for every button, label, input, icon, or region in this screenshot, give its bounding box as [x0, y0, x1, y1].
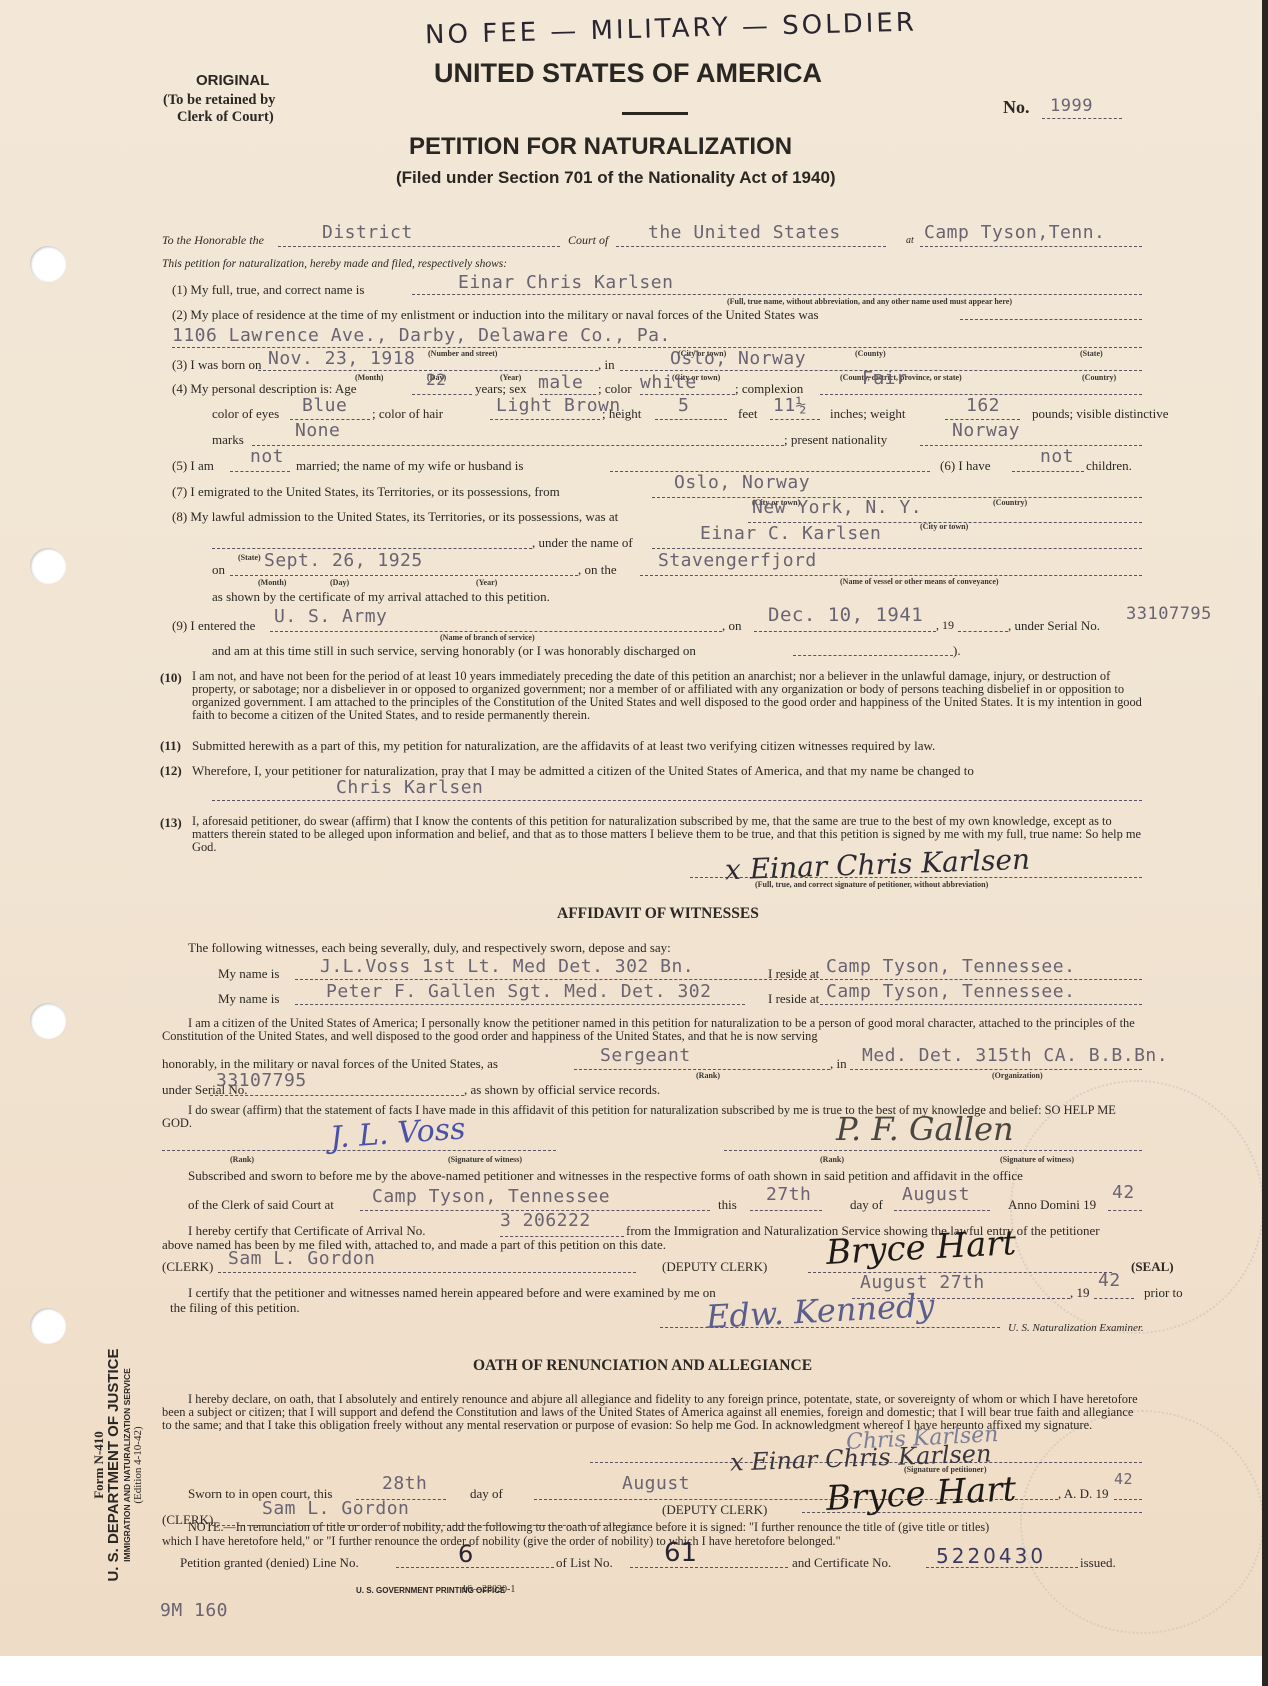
clerk-name: Sam L. Gordon — [228, 1248, 375, 1269]
court-type: District — [322, 222, 413, 243]
document-subtitle: (Filed under Section 701 of the National… — [396, 168, 836, 188]
statement-12: Wherefore, I, your petitioner for natura… — [192, 763, 974, 779]
service-branch: U. S. Army — [274, 606, 387, 627]
witness1-name: J.L.Voss 1st Lt. Med Det. 302 Bn. — [320, 956, 694, 977]
deputy-clerk-signature: Bryce Hart — [825, 1223, 1017, 1273]
punch-hole — [30, 246, 66, 282]
punch-hole — [30, 548, 66, 584]
sworn-month: August — [902, 1184, 970, 1205]
document-page: NO FEE — MILITARY — SOLDIER ORIGINAL (To… — [0, 0, 1262, 1656]
examiner-signature: Edw. Kennedy — [705, 1286, 935, 1336]
enlistment-date: Dec. 10, 1941 — [768, 604, 923, 626]
country-title: UNITED STATES OF AMERICA — [434, 58, 822, 89]
print-code: 16—28020-1 — [462, 1584, 515, 1595]
height-inches: 11½ — [773, 395, 807, 416]
witness2-signature: P. F. Gallen — [836, 1110, 1014, 1148]
arrival-date: Sept. 26, 1925 — [264, 550, 423, 571]
witness-rank: Sergeant — [600, 1045, 691, 1066]
sworn-day: 27th — [766, 1184, 811, 1205]
birth-date: Nov. 23, 1918 — [268, 348, 415, 369]
form-number: Form N-410 — [92, 1340, 106, 1590]
affidavit-title: AFFIDAVIT OF WITNESSES — [557, 905, 759, 923]
statement-11: Submitted herewith as a part of this, my… — [192, 738, 935, 754]
handwritten-note: NO FEE — MILITARY — SOLDIER — [425, 8, 917, 51]
weight: 162 — [966, 395, 1000, 416]
sworn-location: Camp Tyson, Tennessee — [372, 1186, 610, 1207]
punch-hole — [30, 1308, 66, 1344]
children-status: not — [1040, 446, 1074, 467]
nationality: Norway — [952, 420, 1020, 441]
emigrated-from: Oslo, Norway — [674, 472, 810, 493]
statement-10: I am not, and have not been for the peri… — [192, 670, 1142, 722]
oath-day: 28th — [382, 1473, 427, 1494]
page-edge — [1262, 0, 1268, 1686]
original-note: Clerk of Court) — [177, 109, 274, 126]
department-name: U. S. DEPARTMENT OF JUSTICE — [106, 1340, 122, 1590]
witness-serial: 33107795 — [216, 1070, 307, 1091]
arrival-certificate-no: 3 206222 — [500, 1210, 591, 1231]
distinctive-marks: None — [295, 420, 340, 441]
serial-number: 33107795 — [1126, 604, 1212, 624]
birth-place: Oslo, Norway — [670, 348, 806, 369]
organization: Med. Det. 315th CA. B.B.Bn. — [862, 1045, 1168, 1066]
number-label: No. — [1003, 97, 1030, 118]
age: 22 — [426, 370, 446, 389]
married-status: not — [250, 446, 284, 467]
certificate-number: 5220430 — [936, 1544, 1046, 1568]
admission-port: New York, N. Y. — [752, 497, 922, 518]
height-feet: 5 — [678, 395, 689, 416]
new-name: Chris Karlsen — [336, 777, 483, 798]
petitioner-name: Einar Chris Karlsen — [458, 272, 673, 293]
petition-number: 1999 — [1050, 96, 1093, 116]
original-note: (To be retained by — [163, 92, 275, 109]
court-location: Camp Tyson,Tenn. — [924, 222, 1105, 243]
oath-year: 42 — [1114, 1470, 1133, 1488]
witness2-residence: Camp Tyson, Tennessee. — [826, 981, 1075, 1002]
sex: male — [538, 372, 583, 393]
edition: (Edition 4-10-42) — [132, 1340, 144, 1590]
admission-name: Einar C. Karlsen — [700, 523, 881, 544]
color: white — [640, 372, 697, 393]
service-name: IMMIGRATION AND NATURALIZATION SERVICE — [122, 1340, 132, 1590]
document-title: PETITION FOR NATURALIZATION — [409, 133, 792, 161]
original-label: ORIGINAL — [196, 72, 269, 89]
title-divider — [622, 112, 688, 115]
punch-hole — [30, 1003, 66, 1039]
witness1-residence: Camp Tyson, Tennessee. — [826, 956, 1075, 977]
witness2-name: Peter F. Gallen Sgt. Med. Det. 302 — [326, 981, 711, 1002]
list-number: 61 — [664, 1538, 697, 1568]
line-number: 6 — [458, 1540, 473, 1568]
stamp-code: 9M 160 — [160, 1600, 228, 1621]
examination-year: 42 — [1098, 1270, 1121, 1291]
side-margin: Form N-410 U. S. DEPARTMENT OF JUSTICE I… — [92, 1340, 144, 1590]
eye-color: Blue — [302, 395, 347, 416]
complexion: Fair — [862, 368, 907, 389]
oath-month: August — [622, 1473, 690, 1494]
residence: 1106 Lawrence Ave., Darby, Delaware Co.,… — [172, 325, 671, 346]
sworn-year: 42 — [1112, 1182, 1135, 1203]
vessel-name: Stavengerfjord — [658, 550, 817, 571]
oath-clerk-name: Sam L. Gordon — [262, 1498, 409, 1519]
court-of: the United States — [648, 222, 841, 243]
oath-title: OATH OF RENUNCIATION AND ALLEGIANCE — [473, 1357, 812, 1375]
